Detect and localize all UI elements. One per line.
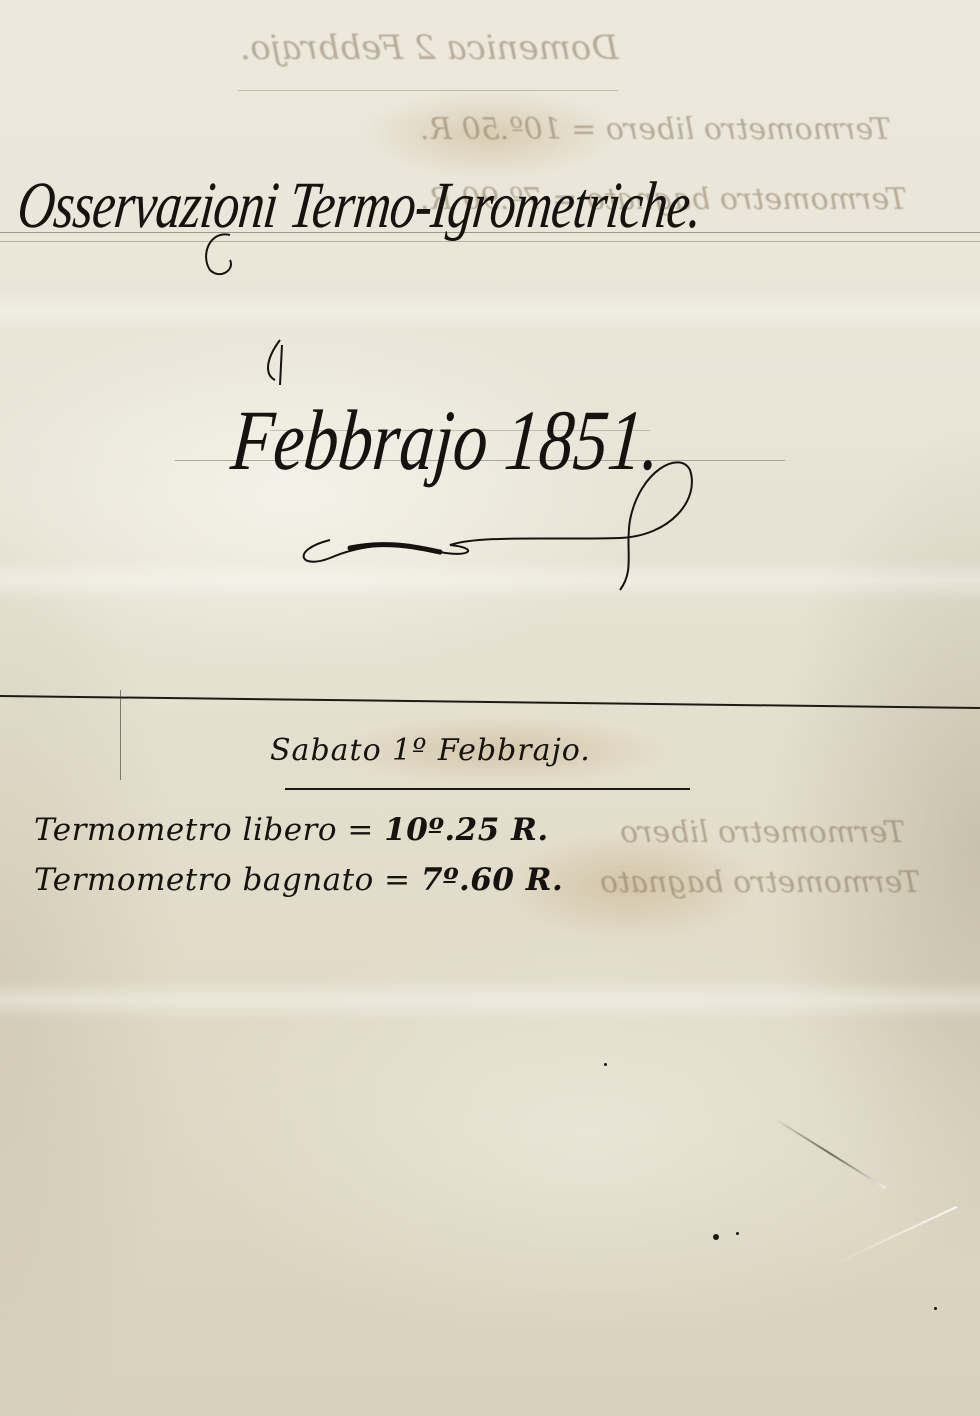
bleed-through-rule: [238, 90, 618, 91]
day-heading-underline: [285, 788, 690, 790]
bleed-through-line: Termometro libero: [620, 815, 905, 850]
entry-separator: =: [347, 812, 373, 848]
manuscript-page: Domenica 2 Febbrajo. Termometro libero =…: [0, 0, 980, 1416]
entry-value: 7º.60 R.: [421, 862, 563, 898]
entry-row: Termometro bagnato = 7º.60 R.: [34, 862, 563, 898]
section-divider: [0, 695, 980, 709]
paper-crease: [0, 290, 980, 330]
ink-dot: [934, 1307, 937, 1310]
bleed-through-heading: Domenica 2 Febbrajo.: [240, 28, 619, 68]
document-title: Osservazioni Termo-Igrometriche.: [14, 168, 706, 244]
margin-line: [120, 690, 121, 780]
entry-value: 10º.25 R.: [384, 812, 548, 848]
title-flourish: [190, 230, 250, 280]
month-flourish: [260, 340, 300, 400]
entry-separator: =: [384, 862, 410, 898]
ink-dot: [736, 1232, 739, 1235]
bleed-through-line: Termometro bagnato: [600, 865, 920, 900]
day-heading: Sabato 1º Febbrajo.: [270, 733, 591, 768]
entry-label: Termometro libero: [34, 812, 337, 848]
paper-crease: [0, 980, 980, 1020]
bleed-through-line: Termometro libero = 10º.50 R.: [420, 112, 891, 147]
paper-crack: [774, 1118, 885, 1189]
paper-crack: [830, 1206, 958, 1267]
ink-dot: [713, 1234, 719, 1240]
entry-row: Termometro libero = 10º.25 R.: [34, 812, 549, 848]
ink-dot: [604, 1063, 607, 1066]
entry-label: Termometro bagnato: [34, 862, 374, 898]
calligraphic-flourish: [290, 440, 710, 590]
